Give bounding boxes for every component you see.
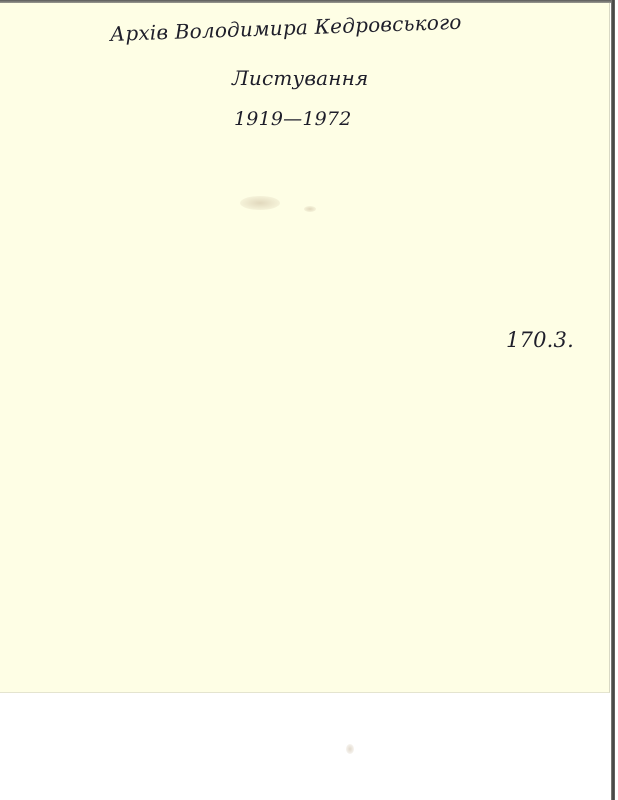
archive-subtitle: Листування [232, 66, 369, 90]
folio-mark: 170.3. [506, 328, 574, 352]
paper-smudge [240, 196, 280, 210]
archive-title: Архів Володимира Кедровського [110, 10, 462, 46]
scan-top-edge [0, 0, 612, 3]
paper-smudge [304, 206, 316, 212]
scan-right-edge [611, 0, 615, 800]
scanner-speck [346, 744, 354, 754]
scanned-page: Архів Володимира Кедровського Листування… [0, 0, 618, 800]
archive-date-range: 1919—1972 [234, 108, 352, 130]
paper-sheet: Архів Володимира Кедровського Листування… [0, 2, 610, 693]
